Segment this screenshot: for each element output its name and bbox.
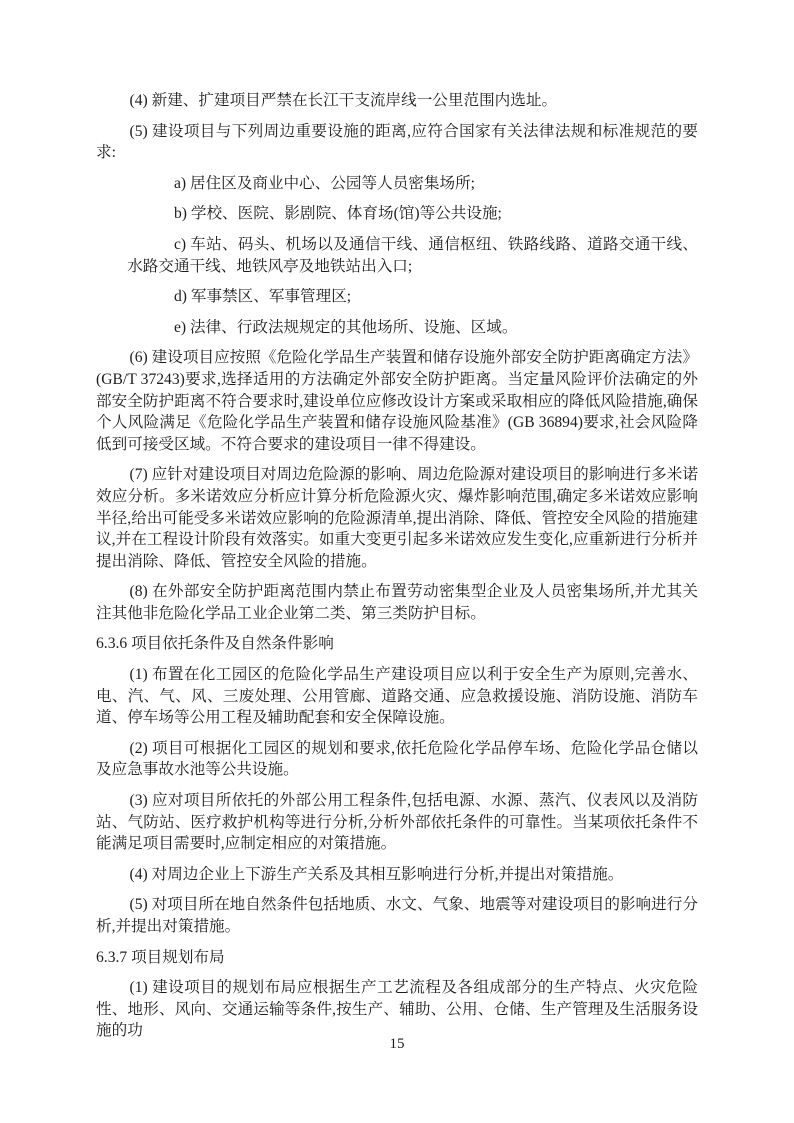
clause-6-3-6-para-2: (2) 项目可根据化工园区的规划和要求,依托危险化学品停车场、危险化学品仓储以及… <box>96 738 698 781</box>
clause-para-7: (7) 应针对建设项目对周边危险源的影响、周边危险源对建设项目的影响进行多米诺效… <box>96 464 698 572</box>
list-item-e: e) 法律、行政法规规定的其他场所、设施、区域。 <box>96 317 698 339</box>
clause-para-8: (8) 在外部安全防护距离范围内禁止布置劳动密集型企业及人员密集场所,并尤其关注… <box>96 581 698 624</box>
list-item-d: d) 军事禁区、军事管理区; <box>96 286 698 308</box>
clause-para-6: (6) 建设项目应按照《危险化学品生产装置和储存设施外部安全防护距离确定方法》(… <box>96 347 698 455</box>
clause-6-3-6-para-5: (5) 对项目所在地自然条件包括地质、水文、气象、地震等对建设项目的影响进行分析… <box>96 894 698 937</box>
clause-para-4: (4) 新建、扩建项目严禁在长江干支流岸线一公里范围内选址。 <box>96 90 698 112</box>
section-heading-6-3-7: 6.3.7 项目规划布局 <box>96 947 698 969</box>
clause-6-3-7-para-1: (1) 建设项目的规划布局应根据生产工艺流程及各组成部分的生产特点、火灾危险性、… <box>96 977 698 1042</box>
section-heading-6-3-6: 6.3.6 项目依托条件及自然条件影响 <box>96 633 698 655</box>
page-number: 15 <box>0 1036 794 1053</box>
clause-para-5: (5) 建设项目与下列周边重要设施的距离,应符合国家有关法律法规和标准规范的要求… <box>96 121 698 164</box>
document-body: (4) 新建、扩建项目严禁在长江干支流岸线一公里范围内选址。 (5) 建设项目与… <box>96 90 698 1042</box>
document-page: (4) 新建、扩建项目严禁在长江干支流岸线一公里范围内选址。 (5) 建设项目与… <box>0 0 794 1123</box>
clause-6-3-6-para-3: (3) 应对项目所依托的外部公用工程条件,包括电源、水源、蒸汽、仪表风以及消防站… <box>96 790 698 855</box>
list-item-b: b) 学校、医院、影剧院、体育场(馆)等公共设施; <box>96 203 698 225</box>
clause-6-3-6-para-4: (4) 对周边企业上下游生产关系及其相互影响进行分析,并提出对策措施。 <box>96 864 698 886</box>
clause-6-3-6-para-1: (1) 布置在化工园区的危险化学品生产建设项目应以利于安全生产为原则,完善水、电… <box>96 664 698 729</box>
list-item-a: a) 居住区及商业中心、公园等人员密集场所; <box>96 173 698 195</box>
list-item-c: c) 车站、码头、机场以及通信干线、通信枢纽、铁路线路、道路交通干线、水路交通干… <box>96 234 698 277</box>
